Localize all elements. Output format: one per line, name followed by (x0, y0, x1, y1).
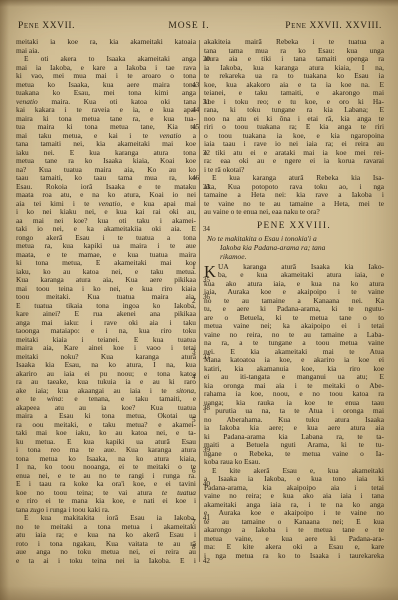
verse-number: 6 (192, 467, 196, 476)
running-head: Pene XXVII. MOSE I. Pene XXVII. XXVIII. (16, 20, 384, 32)
chapter-intro-line: No te makitakita o Esau i tonokia'i a (204, 234, 384, 243)
column-divider-rule (199, 40, 200, 562)
right-column: akakiteia mairā Rebeka i te tuatua atana… (204, 38, 384, 560)
text-line: au vaine o te enua nei, eaa naku te ora? (204, 208, 384, 217)
book-edge (381, 0, 398, 600)
verse-number: 7 (192, 518, 196, 527)
right-column-part1: akakiteia mairā Rebeka i te tuatua atana… (204, 38, 384, 217)
verse-number: 8 (192, 543, 196, 552)
verse-number: 44 (192, 106, 199, 115)
text-line: meitaki ia koe ra, kia akameitaki katoai… (16, 38, 196, 47)
right-column-part2: K UA karanga aturā Isaaka kia Iako-1ba, … (204, 263, 384, 561)
verse-number: 43 (192, 81, 199, 90)
running-head-right: Pene XXVII. XXVIII. (285, 20, 382, 32)
verse-number: 46 (192, 174, 199, 183)
book-page: { "header": { "left": "Pene XXVII.", "ce… (0, 0, 398, 600)
verse-number: 3 (192, 348, 196, 357)
text-line: e ta ai i toku teina nei ia Iakoba. E i4… (16, 557, 196, 566)
text-line: i nga metua ra ko to Isaaka i taurekarek… (204, 552, 384, 561)
verse-number: 45 (192, 123, 199, 132)
verse-number: 4 (192, 373, 196, 382)
chapter-intro: No te makitakita o Esau i tonokia'i aIak… (204, 234, 384, 261)
verse-number: 1 (192, 263, 196, 272)
chapter-intro-line: rikamoe. (204, 252, 384, 261)
chapter-heading: PENE XXVIII. (204, 220, 384, 232)
verse-number: 5 (192, 416, 196, 425)
verse-number: 2 (192, 297, 196, 306)
left-column: meitaki ia koe ra, kia akameitaki katoai… (16, 38, 196, 565)
chapter-intro-line: Iakoba kia Padana-arama ra; tana (204, 243, 384, 252)
